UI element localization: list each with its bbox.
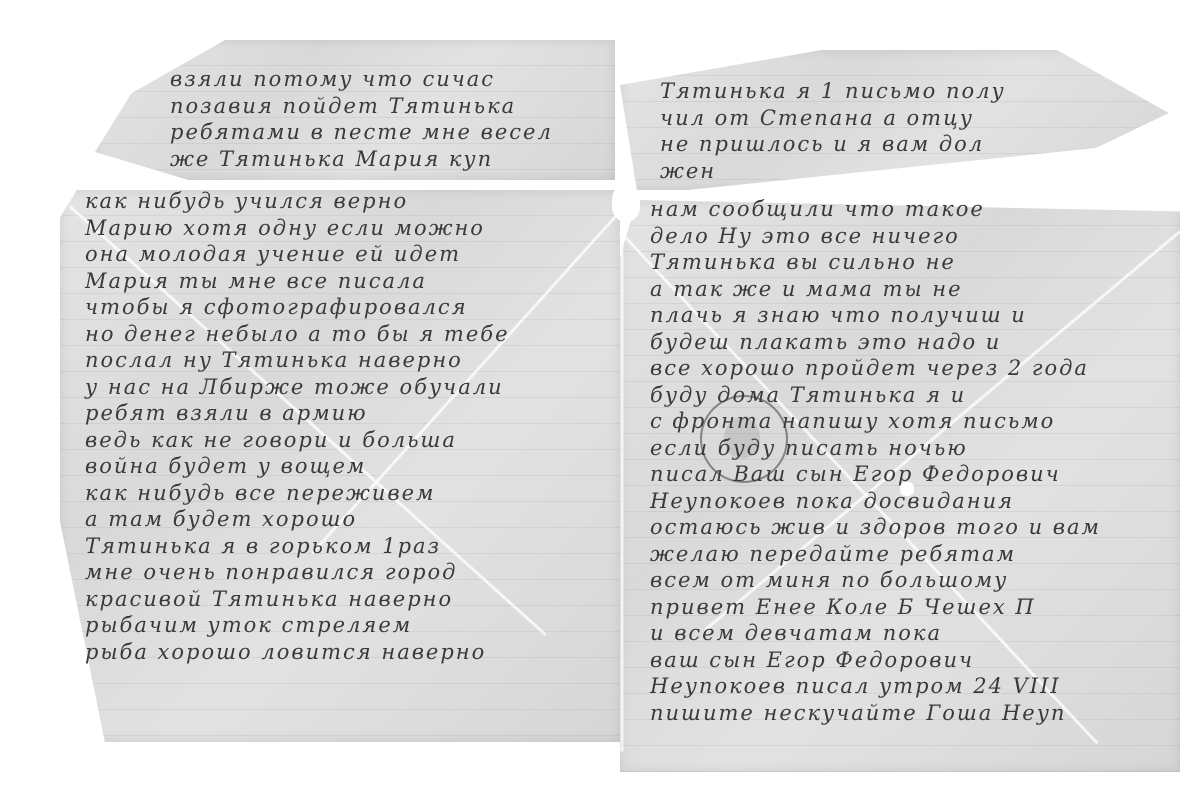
handwritten-line: мне очень понравился город	[85, 559, 510, 586]
handwritten-line: а так же и мама ты не	[650, 276, 1101, 303]
handwritten-line: а там будет хорошо	[85, 506, 510, 533]
handwritten-line: буду дома Тятинька я и	[650, 382, 1101, 409]
right-page-text: нам сообщили что такое дело Ну это все н…	[650, 196, 1101, 726]
handwritten-line: писал Ваш сын Егор Федорович	[650, 461, 1101, 488]
handwritten-line: Мария ты мне все писала	[85, 268, 510, 295]
handwritten-line: Тятинька вы сильно не	[650, 249, 1101, 276]
handwritten-line: взяли потому что сичас	[170, 66, 553, 93]
handwritten-line: послал ну Тятинька наверно	[85, 347, 510, 374]
handwritten-line: же Тятинька Мария куп	[170, 146, 553, 173]
paper-tear-hole	[612, 185, 640, 221]
top-strip-right-text: Тятинька я 1 письмо полу чил от Степана …	[660, 78, 1006, 184]
handwritten-line: Неупокоев писал утром 24 VIII	[650, 673, 1101, 700]
handwritten-line: рыба хорошо ловится наверно	[85, 639, 510, 666]
handwritten-line: война будет у вощем	[85, 453, 510, 480]
handwritten-line: с фронта напишу хотя письмо	[650, 408, 1101, 435]
fold-crease	[621, 192, 624, 752]
handwritten-line: чил от Степана а отцу	[660, 105, 1006, 132]
handwritten-line: ведь как не говори и больша	[85, 427, 510, 454]
handwritten-line: нам сообщили что такое	[650, 196, 1101, 223]
handwritten-line: плачь я знаю что получиш и	[650, 302, 1101, 329]
handwritten-line: желаю передайте ребятам	[650, 541, 1101, 568]
handwritten-line: если буду писать ночью	[650, 435, 1101, 462]
handwritten-line: дело Ну это все ничего	[650, 223, 1101, 250]
handwritten-line: чтобы я сфотографировался	[85, 294, 510, 321]
handwritten-line: ваш сын Егор Федорович	[650, 647, 1101, 674]
handwritten-line: она молодая учение ей идет	[85, 241, 510, 268]
handwritten-line: ребят взяли в армию	[85, 400, 510, 427]
handwritten-line: Тятинька я в горьком 1раз	[85, 533, 510, 560]
handwritten-line: всем от миня по большому	[650, 567, 1101, 594]
handwritten-line: жен	[660, 158, 1006, 185]
handwritten-line: красивой Тятинька наверно	[85, 586, 510, 613]
handwritten-line: пишите нескучайте Гоша Неуп	[650, 700, 1101, 727]
handwritten-line: не пришлось и я вам дол	[660, 131, 1006, 158]
handwritten-line: Марию хотя одну если можно	[85, 215, 510, 242]
handwritten-line: и всем девчатам пока	[650, 620, 1101, 647]
handwritten-line: как нибудь все переживем	[85, 480, 510, 507]
handwritten-line: позавия пойдет Тятинька	[170, 93, 553, 120]
handwritten-line: Тятинька я 1 письмо полу	[660, 78, 1006, 105]
handwritten-line: рыбачим уток стреляем	[85, 612, 510, 639]
handwritten-line: остаюсь жив и здоров того и вам	[650, 514, 1101, 541]
handwritten-line: будеш плакать это надо и	[650, 329, 1101, 356]
handwritten-line: как нибудь учился верно	[85, 188, 510, 215]
handwritten-line: все хорошо пройдет через 2 года	[650, 355, 1101, 382]
left-page-text: как нибудь учился верно Марию хотя одну …	[85, 188, 510, 665]
top-strip-left-text: взяли потому что сичас позавия пойдет Тя…	[170, 66, 553, 172]
handwritten-line: Неупокоев пока досвидания	[650, 488, 1101, 515]
handwritten-line: привет Енее Коле Б Чешех П	[650, 594, 1101, 621]
handwritten-line: у нас на Лбирже тоже обучали	[85, 374, 510, 401]
handwritten-line: но денег небыло а то бы я тебе	[85, 321, 510, 348]
handwritten-line: ребятами в песте мне весел	[170, 119, 553, 146]
